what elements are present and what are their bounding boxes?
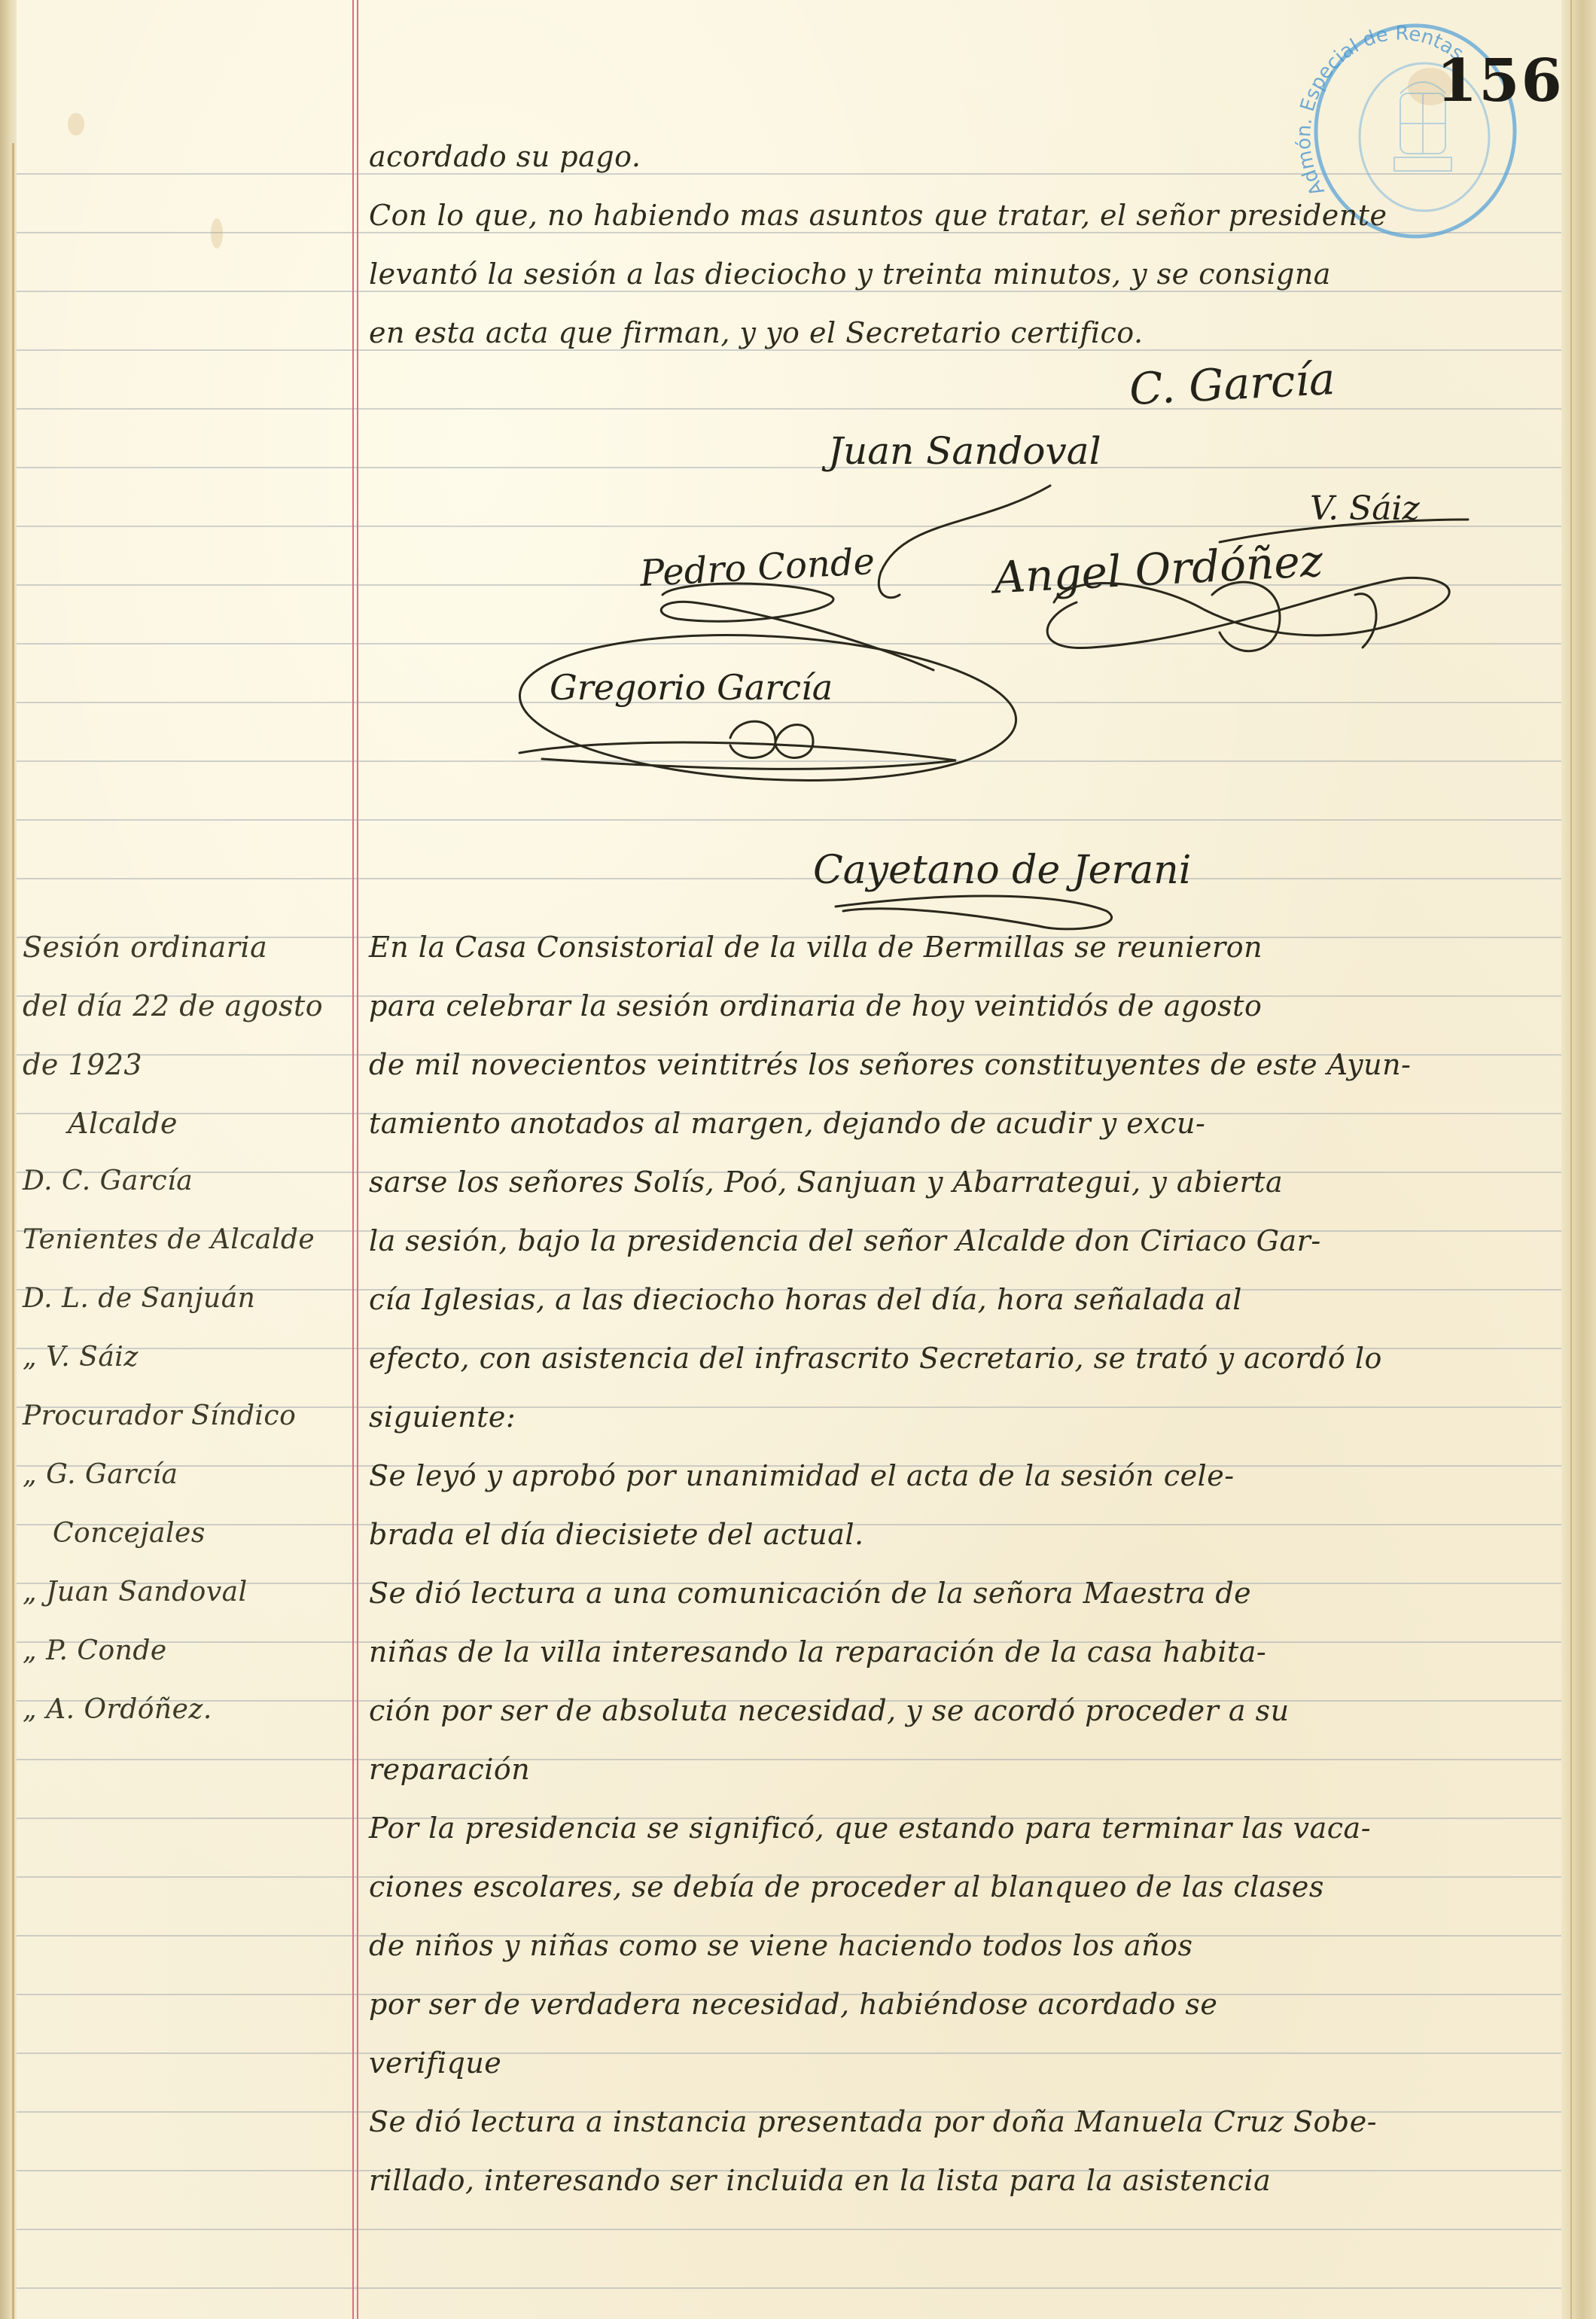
margin-session-line-3: de 1923 — [23, 1048, 142, 1081]
minutes-line: Se leyó y aprobó por unanimidad el acta … — [369, 1459, 1235, 1492]
minutes-line: ciones escolares, se debía de proceder a… — [369, 1870, 1324, 1903]
minutes-line: la sesión, bajo la presidencia del señor… — [369, 1224, 1321, 1257]
margin-alcalde-label: Alcalde — [68, 1107, 178, 1140]
minutes-line: verifique — [369, 2046, 501, 2080]
minutes-line: tamiento anotados al margen, dejando de … — [369, 1107, 1205, 1140]
minutes-line: de mil novecientos veintitrés los señore… — [369, 1048, 1411, 1081]
ruled-line — [17, 2229, 1561, 2230]
margin-session-line-1: Sesión ordinaria — [23, 931, 267, 964]
margin-concejal-1: „ Juan Sandoval — [23, 1577, 248, 1607]
ledger-page: ​ Admón. Especial de Rentas 156 acordado… — [0, 0, 1596, 2319]
minutes-line: rillado, interesando ser incluida en la … — [369, 2164, 1271, 2197]
signature-flourishes-icon — [0, 0, 1596, 979]
ruled-line — [17, 2052, 1561, 2054]
margin-procurador-label: Procurador Síndico — [23, 1400, 296, 1431]
minutes-line: por ser de verdadera necesidad, habiéndo… — [369, 1988, 1217, 2021]
ruled-line — [17, 1759, 1561, 1760]
minutes-line: de niños y niñas como se viene haciendo … — [369, 1929, 1193, 1962]
margin-teniente-label: Tenientes de Alcalde — [23, 1224, 315, 1255]
minutes-line: Por la presidencia se significó, que est… — [369, 1812, 1371, 1845]
margin-concejal-3: „ A. Ordóñez. — [23, 1694, 212, 1725]
minutes-line: brada el día diecisiete del actual. — [369, 1518, 864, 1551]
minutes-line: reparación — [369, 1753, 530, 1786]
margin-concejal-2: „ P. Conde — [23, 1635, 167, 1666]
minutes-line: sarse los señores Solís, Poó, Sanjuan y … — [369, 1166, 1283, 1199]
minutes-line: En la Casa Consistorial de la villa de B… — [369, 931, 1262, 964]
minutes-line: para celebrar la sesión ordinaria de hoy… — [369, 989, 1262, 1022]
minutes-line: efecto, con asistencia del infrascrito S… — [369, 1342, 1382, 1375]
margin-teniente-1: D. L. de Sanjuán — [23, 1283, 255, 1314]
margin-alcalde-name: D. C. García — [23, 1166, 193, 1196]
ruled-line — [17, 2287, 1561, 2289]
minutes-line: Se dió lectura a una comunicación de la … — [369, 1577, 1251, 1610]
minutes-line: siguiente: — [369, 1400, 516, 1434]
margin-procurador-name: „ G. García — [23, 1459, 178, 1490]
minutes-line: cía Iglesias, a las dieciocho horas del … — [369, 1283, 1242, 1316]
margin-session-line-2: del día 22 de agosto — [23, 989, 323, 1022]
margin-teniente-2: „ V. Sáiz — [23, 1342, 139, 1373]
margin-concejales-label: Concejales — [53, 1518, 206, 1549]
minutes-line: ción por ser de absoluta necesidad, y se… — [369, 1694, 1290, 1727]
minutes-line: Se dió lectura a instancia presentada po… — [369, 2105, 1377, 2138]
minutes-line: niñas de la villa interesando la reparac… — [369, 1635, 1266, 1668]
